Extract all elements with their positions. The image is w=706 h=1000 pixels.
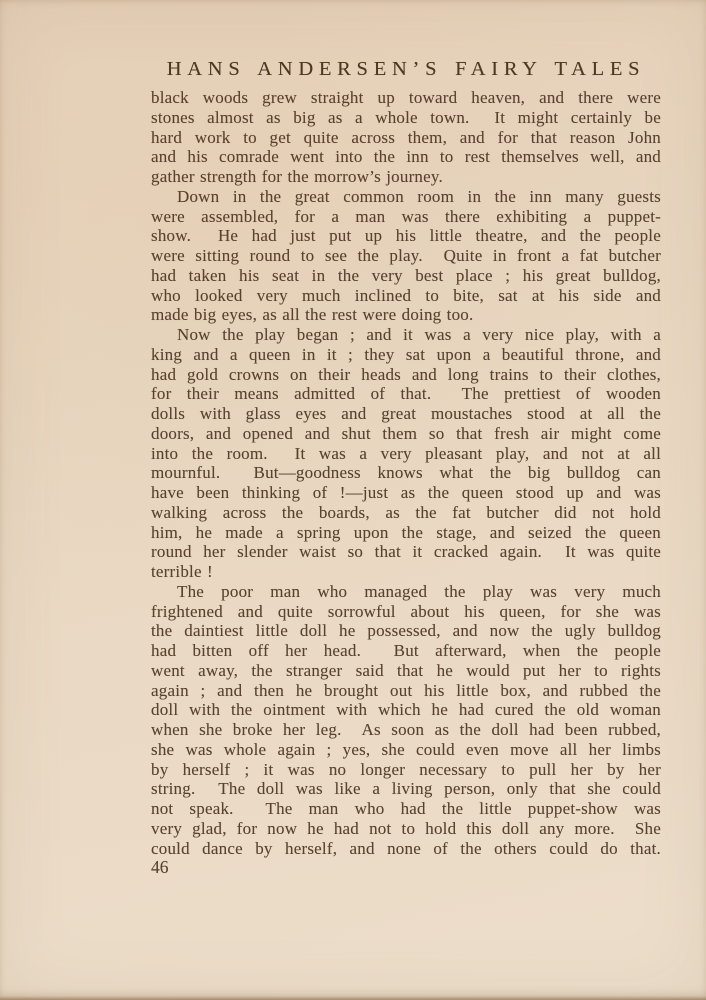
text-line: had taken his seat in the very best plac…: [151, 266, 661, 286]
text-line: king and a queen in it ; they sat upon a…: [151, 345, 661, 365]
text-line: terrible !: [151, 562, 661, 582]
text-line: had gold crowns on their heads and long …: [151, 365, 661, 385]
text-line: string. The doll was like a living perso…: [151, 779, 661, 799]
text-line: have been thinking of !—just as the quee…: [151, 483, 661, 503]
text-line: were sitting round to see the play. Quit…: [151, 246, 661, 266]
text-line: dolls with glass eyes and great moustach…: [151, 404, 661, 424]
text-line: again ; and then he brought out his litt…: [151, 681, 661, 701]
text-line: black woods grew straight up toward heav…: [151, 88, 661, 108]
paragraph: Now the play began ; and it was a very n…: [151, 325, 661, 582]
text-line: frightened and quite sorrowful about his…: [151, 602, 661, 622]
text-line: hard work to get quite across them, and …: [151, 128, 661, 148]
text-line: and his comrade went into the inn to res…: [151, 147, 661, 167]
text-line: could dance by herself, and none of the …: [151, 839, 661, 859]
text-line: doors, and opened and shut them so that …: [151, 424, 661, 444]
text-line: gather strength for the morrow’s journey…: [151, 167, 661, 187]
text-line: who looked very much inclined to bite, s…: [151, 286, 661, 306]
paragraph: The poor man who managed the play was ve…: [151, 582, 661, 859]
text-line: very glad, for now he had not to hold th…: [151, 819, 661, 839]
text-line: were assembled, for a man was there exhi…: [151, 207, 661, 227]
paragraph: Down in the great common room in the inn…: [151, 187, 661, 325]
running-head: HANS ANDERSEN’S FAIRY TALES: [151, 58, 661, 81]
text-block: HANS ANDERSEN’S FAIRY TALES black woods …: [151, 58, 661, 878]
text-line: doll with the ointment with which he had…: [151, 700, 661, 720]
text-line: went away, the stranger said that he wou…: [151, 661, 661, 681]
page-number: 46: [151, 858, 661, 878]
text-line: not speak. The man who had the little pu…: [151, 799, 661, 819]
text-line: for their means admitted of that. The pr…: [151, 384, 661, 404]
text-line: she was whole again ; yes, she could eve…: [151, 740, 661, 760]
text-line: made big eyes, as all the rest were doin…: [151, 305, 661, 325]
text-line: mournful. But—goodness knows what the bi…: [151, 463, 661, 483]
text-line: the daintiest little doll he possessed, …: [151, 621, 661, 641]
text-line: by herself ; it was no longer necessary …: [151, 760, 661, 780]
page-body: black woods grew straight up toward heav…: [151, 88, 661, 858]
text-line: stones almost as big as a whole town. It…: [151, 108, 661, 128]
text-line: walking across the boards, as the fat bu…: [151, 503, 661, 523]
book-page: HANS ANDERSEN’S FAIRY TALES black woods …: [0, 0, 706, 1000]
text-line: had bitten off her head. But afterward, …: [151, 641, 661, 661]
text-line: show. He had just put up his little thea…: [151, 226, 661, 246]
text-line: The poor man who managed the play was ve…: [151, 582, 661, 602]
text-line: into the room. It was a very pleasant pl…: [151, 444, 661, 464]
text-line: Down in the great common room in the inn…: [151, 187, 661, 207]
paragraph: black woods grew straight up toward heav…: [151, 88, 661, 187]
text-line: when she broke her leg. As soon as the d…: [151, 720, 661, 740]
text-line: him, he made a spring upon the stage, an…: [151, 523, 661, 543]
text-line: round her slender waist so that it crack…: [151, 542, 661, 562]
text-line: Now the play began ; and it was a very n…: [151, 325, 661, 345]
